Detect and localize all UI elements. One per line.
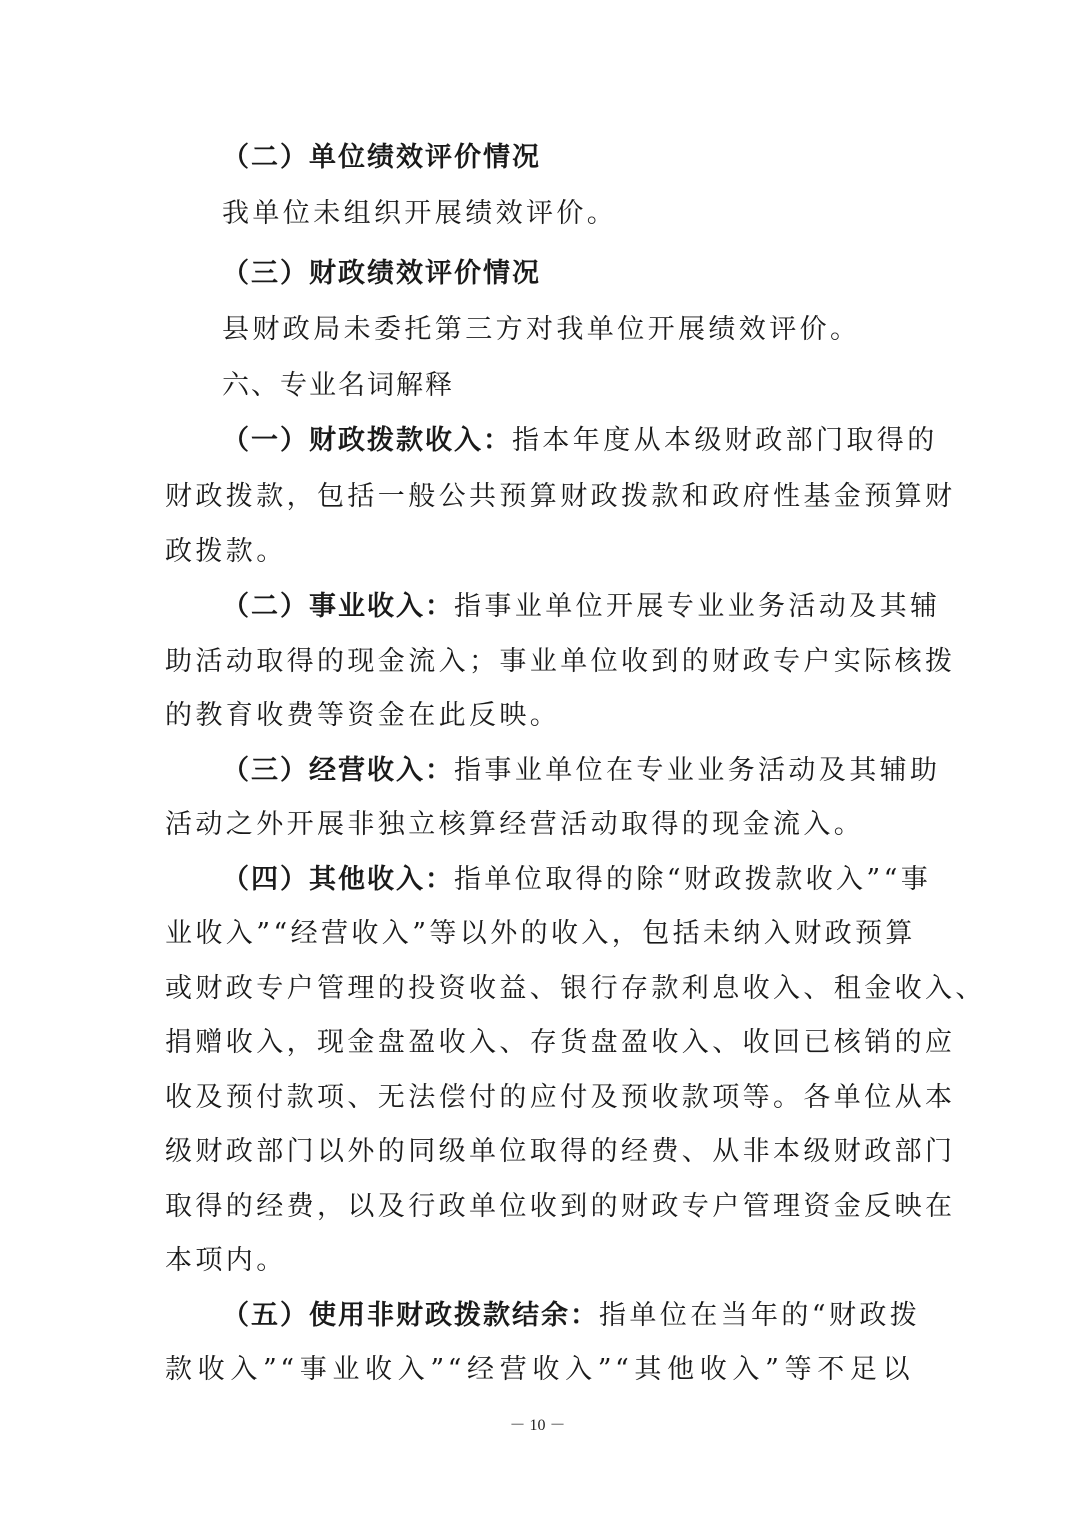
term-other-income: （四）其他收入：指单位取得的除“财政拨款收入”“事 (222, 863, 912, 897)
term-text-line: 级财政部门以外的同级单位取得的经费、从非本级财政部门 (165, 1135, 913, 1169)
term-text-line: 取得的经费，以及行政单位收到的财政专户管理资金反映在 (165, 1190, 913, 1224)
heading-unit-performance-evaluation: （二）单位绩效评价情况 (222, 141, 970, 175)
term-label: （三）经营收入： (222, 755, 454, 786)
term-text-line: 本项内。 (165, 1244, 913, 1278)
term-text: 指本年度从本级财政部门取得的 (512, 425, 938, 456)
term-text-line: 活动之外开展非独立核算经营活动取得的现金流入。 (165, 808, 913, 842)
term-label: （一）财政拨款收入： (222, 425, 512, 456)
term-label: （二）事业收入： (222, 591, 454, 622)
page-number: － 10 － (0, 1412, 1075, 1435)
term-label: （四）其他收入： (222, 864, 454, 895)
term-label: （五）使用非财政拨款结余： (222, 1300, 599, 1331)
term-text-line: 财政拨款，包括一般公共预算财政拨款和政府性基金预算财 (165, 480, 913, 514)
term-text: 指事业单位开展专业业务活动及其辅 (454, 591, 940, 622)
term-text-line: 或财政专户管理的投资收益、银行存款利息收入、租金收入、 (165, 972, 913, 1006)
document-page: （二）单位绩效评价情况 我单位未组织开展绩效评价。 （三）财政绩效评价情况 县财… (0, 0, 1075, 1520)
term-text: 指单位取得的除“财政拨款收入”“事 (454, 864, 931, 895)
paragraph-unit-evaluation: 我单位未组织开展绩效评价。 (222, 197, 970, 231)
term-fiscal-appropriation: （一）财政拨款收入：指本年度从本级财政部门取得的 (222, 424, 912, 458)
term-text-line: 助活动取得的现金流入；事业单位收到的财政专户实际核拨 (165, 645, 913, 679)
term-non-fiscal-balance: （五）使用非财政拨款结余：指单位在当年的“财政拨 (222, 1299, 912, 1333)
term-text: 指事业单位在专业业务活动及其辅助 (454, 755, 940, 786)
term-text-line: 收及预付款项、无法偿付的应付及预收款项等。各单位从本 (165, 1081, 913, 1115)
term-text-line: 捐赠收入，现金盘盈收入、存货盘盈收入、收回已核销的应 (165, 1026, 913, 1060)
term-text: 指单位在当年的“财政拨 (599, 1300, 920, 1331)
term-business-income: （二）事业收入：指事业单位开展专业业务活动及其辅 (222, 590, 912, 624)
term-text-line: 业收入”“经营收入”等以外的收入，包括未纳入财政预算 (165, 917, 913, 951)
heading-section-glossary: 六、专业名词解释 (222, 369, 970, 403)
term-text-line: 款收入”“事业收入”“经营收入”“其他收入”等不足以 (165, 1353, 913, 1387)
term-operating-income: （三）经营收入：指事业单位在专业业务活动及其辅助 (222, 754, 912, 788)
heading-finance-performance-evaluation: （三）财政绩效评价情况 (222, 257, 970, 291)
paragraph-finance-evaluation: 县财政局未委托第三方对我单位开展绩效评价。 (222, 313, 970, 347)
term-text-line: 政拨款。 (165, 535, 913, 569)
term-text-line: 的教育收费等资金在此反映。 (165, 699, 913, 733)
